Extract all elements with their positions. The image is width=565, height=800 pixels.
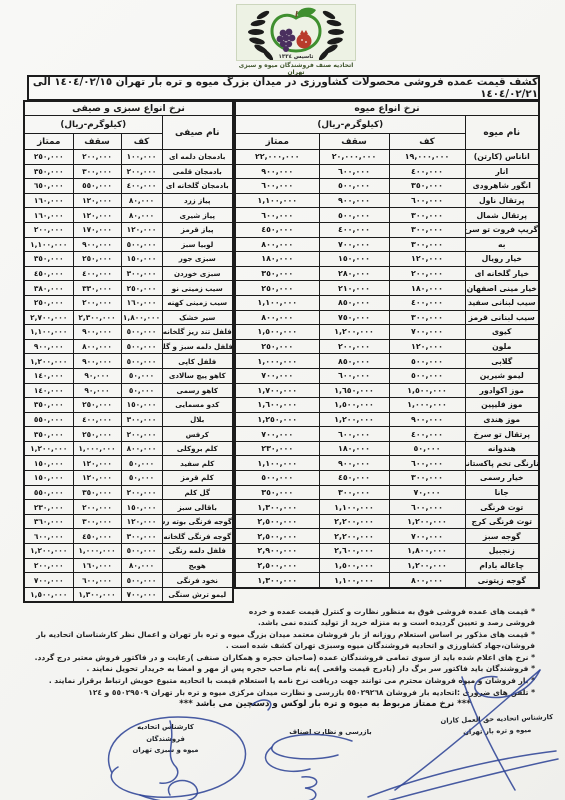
cell-item-name: پیاز شیری [162, 208, 233, 223]
table-row: پیاز شیری٨٠,٠٠٠١٢٠,٠٠٠١٦٠,٠٠٠ [24, 208, 233, 223]
cell-price-ceiling: ٦٠٠,٠٠٠ [319, 164, 389, 179]
cell-price-premium: ٣٥٠,٠٠٠ [24, 427, 73, 442]
cell-item-name: پیاز زرد [162, 193, 233, 208]
veg-unit-header: (کیلوگرم-ریال) [24, 116, 162, 134]
cell-price-ceiling: ١٧٠,٠٠٠ [73, 222, 121, 237]
cell-price-ceiling: ٤٥٠,٠٠٠ [319, 471, 389, 486]
table-row: کاهو پیچ سالادی٥٠,٠٠٠٩٠,٠٠٠١٤٠,٠٠٠ [24, 368, 233, 383]
table-row: هویج٨٠,٠٠٠١٦٠,٠٠٠٢٠٠,٠٠٠ [24, 558, 233, 573]
cell-price-floor: ١٦٠,٠٠٠ [121, 295, 162, 310]
table-row: فلفل دلمه رنگی٥٠٠,٠٠٠١,٠٠٠,٠٠٠١,٢٠٠,٠٠٠ [24, 544, 233, 559]
table-row: خیار گلخانه ای٢٠٠,٠٠٠٢٨٠,٠٠٠٣٥٠,٠٠٠ [235, 266, 539, 281]
cell-price-premium: ٣٥٠,٠٠٠ [24, 252, 73, 267]
cell-price-premium: ١,٢٠٠,٠٠٠ [24, 544, 73, 559]
cell-item-name: بادمجان دلمه ای [162, 150, 233, 165]
cell-price-floor: ١,٨٠٠,٠٠٠ [121, 310, 162, 325]
cell-price-floor: ١٢٠,٠٠٠ [389, 252, 465, 267]
cell-price-ceiling: ٣٠٠,٠٠٠ [319, 485, 389, 500]
cell-price-premium: ١,٧٠٠,٠٠٠ [235, 383, 319, 398]
footnote-line: * قیمت های مذکور بر اساس استعلام روزانه … [30, 630, 535, 652]
table-row: بلال٣٠٠,٠٠٠٤٠٠,٠٠٠٥٥٠,٠٠٠ [24, 412, 233, 427]
cell-item-name: گوجه فرنگی گلخانه [162, 529, 233, 544]
cell-price-floor: ٢٠٠,٠٠٠ [121, 485, 162, 500]
cell-item-name: بادمجان قلمی [162, 164, 233, 179]
cell-item-name: سیر خشک [162, 310, 233, 325]
cell-item-name: لیمو ترش سنگی [162, 587, 233, 602]
cell-price-premium: ١,٣٠٠,٠٠٠ [235, 573, 319, 588]
cell-price-floor: ٥٠٠,٠٠٠ [121, 339, 162, 354]
signature-label-center: بازرسی و نظارت اصناف [283, 727, 378, 739]
table-row: سیب لبنانی قرمز٣٠٠,٠٠٠٧٥٠,٠٠٠٨٠٠,٠٠٠ [235, 310, 539, 325]
cell-price-floor: ٧٠٠,٠٠٠ [389, 325, 465, 340]
veg-col-ceiling: سقف [73, 134, 121, 150]
cell-price-ceiling: ٣٥٠,٠٠٠ [73, 485, 121, 500]
cell-price-premium: ١,٥٠٠,٠٠٠ [24, 587, 73, 602]
table-row: فلفل کاپی٥٠٠,٠٠٠٩٠٠,٠٠٠١,٢٠٠,٠٠٠ [24, 354, 233, 369]
cell-price-floor: ١٥٠,٠٠٠ [121, 500, 162, 515]
union-logo-icon: تاسیس ١٣٣٤ [237, 5, 355, 60]
table-row: فلفل تند ریز گلخانه٥٠٠,٠٠٠٩٠٠,٠٠٠١,١٠٠,٠… [24, 325, 233, 340]
cell-item-name: گوجه زیتونی [465, 573, 539, 588]
cell-price-floor: ٤٠٠,٠٠٠ [389, 164, 465, 179]
cell-price-floor: ٥٠,٠٠٠ [121, 383, 162, 398]
cell-price-ceiling: ٩٠٠,٠٠٠ [73, 237, 121, 252]
cell-price-ceiling: ٢,٢٠٠,٠٠٠ [319, 529, 389, 544]
cell-price-ceiling: ٩٠,٠٠٠ [73, 368, 121, 383]
cell-item-name: سبزی جور [162, 252, 233, 267]
cell-price-floor: ١٨٠,٠٠٠ [389, 281, 465, 296]
cell-price-premium: ٦٠٠,٠٠٠ [235, 179, 319, 194]
cell-price-floor: ٤٠٠,٠٠٠ [121, 179, 162, 194]
cell-item-name: موز اکوادور [465, 383, 539, 398]
footnote-line: * فروشندگان باید فاکتور سر برگ دار (بادر… [30, 664, 535, 675]
cell-price-premium: ٨٠٠,٠٠٠ [235, 237, 319, 252]
cell-price-premium: ١,١٠٠,٠٠٠ [24, 237, 73, 252]
cell-price-ceiling: ١٢٠,٠٠٠ [73, 456, 121, 471]
cell-price-floor: ٥٠,٠٠٠ [121, 368, 162, 383]
table-row: زنجبیل١,٨٠٠,٠٠٠٢,٦٠٠,٠٠٠٢,٩٠٠,٠٠٠ [235, 544, 539, 559]
table-row: هندوانه٥٠,٠٠٠١٨٠,٠٠٠٢٣٠,٠٠٠ [235, 441, 539, 456]
cell-price-ceiling: ٦٠٠,٠٠٠ [73, 573, 121, 588]
signature-center-line1: بازرسی و نظارت اصناف [283, 727, 378, 739]
table-row: چاغاله بادام١,٢٠٠,٠٠٠١,٥٠٠,٠٠٠٢,٥٠٠,٠٠٠ [235, 558, 539, 573]
table-row: کلم بروکلی٨٠٠,٠٠٠١,٠٠٠,٠٠٠١,٢٠٠,٠٠٠ [24, 441, 233, 456]
cell-item-name: کلم سفید [162, 456, 233, 471]
veg-col-premium: ممتاز [24, 134, 73, 150]
cell-price-floor: ١٢٠,٠٠٠ [389, 339, 465, 354]
cell-price-floor: ١,٢٠٠,٠٠٠ [389, 514, 465, 529]
cell-item-name: خیار رسمی [465, 471, 539, 486]
cell-price-premium: ٢,٩٠٠,٠٠٠ [235, 544, 319, 559]
cell-price-premium: ١,٢٠٠,٠٠٠ [24, 354, 73, 369]
cell-price-premium: ٥٥٠,٠٠٠ [24, 485, 73, 500]
cell-item-name: کلم قرمز [162, 471, 233, 486]
cell-price-ceiling: ١,٢٠٠,٠٠٠ [319, 412, 389, 427]
cell-price-premium: ١٤٠,٠٠٠ [24, 383, 73, 398]
cell-price-ceiling: ٢١٠,٠٠٠ [319, 281, 389, 296]
table-row: به٣٠٠,٠٠٠٧٠٠,٠٠٠٨٠٠,٠٠٠ [235, 237, 539, 252]
cell-item-name: باقالی سبز [162, 500, 233, 515]
cell-price-premium: ١٤٠,٠٠٠ [24, 368, 73, 383]
fruit-unit-header: (کیلوگرم-ریال) [235, 116, 465, 134]
cell-price-premium: ٩٠٠,٠٠٠ [235, 164, 319, 179]
cell-item-name: انار [465, 164, 539, 179]
cell-item-name: توت فرنگی کرج [465, 514, 539, 529]
cell-item-name: نارنگی تخم پاکستانی [465, 456, 539, 471]
table-row: بادمجان دلمه ای١٠٠,٠٠٠٢٠٠,٠٠٠٢٥٠,٠٠٠ [24, 150, 233, 165]
vegetable-price-table: نرخ انواع سبزی و صیفی نام صیفی (کیلوگرم-… [23, 100, 234, 603]
cell-price-ceiling: ١٦٠,٠٠٠ [73, 558, 121, 573]
footnote-line: * قیمت های عمده فروشی فوق به منظور نظارت… [30, 607, 535, 629]
table-row: کیوی٧٠٠,٠٠٠١,٢٠٠,٠٠٠١,٥٠٠,٠٠٠ [235, 325, 539, 340]
cell-price-floor: ١,٢٠٠,٠٠٠ [389, 558, 465, 573]
cell-price-premium: ٣٥٠,٠٠٠ [235, 266, 319, 281]
fruit-col-floor: کف [389, 134, 465, 150]
cell-price-premium: ٢٠٠,٠٠٠ [24, 222, 73, 237]
cell-price-floor: ٥٠,٠٠٠ [121, 471, 162, 486]
cell-price-ceiling: ٢,٦٠٠,٠٠٠ [319, 544, 389, 559]
table-row: پرتقال تو سرخ٤٠٠,٠٠٠٦٠٠,٠٠٠٧٠٠,٠٠٠ [235, 427, 539, 442]
cell-price-floor: ٥٠٠,٠٠٠ [121, 573, 162, 588]
table-row: انگور شاهرودی٣٥٠,٠٠٠٥٠٠,٠٠٠٦٠٠,٠٠٠ [235, 179, 539, 194]
cell-price-ceiling: ٩٠٠,٠٠٠ [73, 325, 121, 340]
cell-price-premium: ٥٠٠,٠٠٠ [235, 471, 319, 486]
cell-price-ceiling: ٥٥٠,٠٠٠ [73, 179, 121, 194]
table-row: خیار رسمی٣٠٠,٠٠٠٤٥٠,٠٠٠٥٠٠,٠٠٠ [235, 471, 539, 486]
table-row: سبزی خوردن٣٠٠,٠٠٠٤٠٠,٠٠٠٤٥٠,٠٠٠ [24, 266, 233, 281]
cell-price-floor: ٢٠٠,٠٠٠ [121, 164, 162, 179]
table-row: فلفل دلمه سبز و گلخانه٥٠٠,٠٠٠٨٠٠,٠٠٠٩٠٠,… [24, 339, 233, 354]
cell-price-premium: ١,١٠٠,٠٠٠ [235, 456, 319, 471]
cell-price-ceiling: ١٥٠,٠٠٠ [319, 252, 389, 267]
cell-price-premium: ٦٠٠,٠٠٠ [24, 529, 73, 544]
cell-price-ceiling: ٦٠٠,٠٠٠ [319, 368, 389, 383]
cell-price-ceiling: ٣٠٠,٠٠٠ [73, 164, 121, 179]
table-row: لیمو شیرین٥٠٠,٠٠٠٦٠٠,٠٠٠٧٠٠,٠٠٠ [235, 368, 539, 383]
cell-price-ceiling: ٩٠٠,٠٠٠ [319, 193, 389, 208]
cell-price-floor: ١٩,٠٠٠,٠٠٠ [389, 150, 465, 165]
cell-price-ceiling: ٥٠٠,٠٠٠ [319, 208, 389, 223]
table-row: اناناس (کارتن)١٩,٠٠٠,٠٠٠٢٠,٠٠٠,٠٠٠٢٢,٠٠٠… [235, 150, 539, 165]
cell-price-premium: ٤٥٠,٠٠٠ [24, 266, 73, 281]
cell-item-name: سیب لبنانی قرمز [465, 310, 539, 325]
cell-price-floor: ٥٠٠,٠٠٠ [389, 354, 465, 369]
cell-price-ceiling: ١,٠٠٠,٠٠٠ [73, 441, 121, 456]
cell-price-ceiling: ٨٠٠,٠٠٠ [73, 339, 121, 354]
cell-price-premium: ٢٢,٠٠٠,٠٠٠ [235, 150, 319, 165]
cell-price-premium: ٧٠٠,٠٠٠ [235, 427, 319, 442]
footnote-line: * نرخ های اعلام شده باید از سوی تمامی فر… [30, 653, 535, 664]
cell-item-name: سیب زمینی نو [162, 281, 233, 296]
cell-price-ceiling: ٢,٣٠٠,٠٠٠ [73, 310, 121, 325]
cell-item-name: پرتقال ناول [465, 193, 539, 208]
cell-price-ceiling: ١٢٠,٠٠٠ [73, 193, 121, 208]
cell-item-name: سیب زمینی کهنه [162, 295, 233, 310]
cell-item-name: به [465, 237, 539, 252]
cell-price-premium: ١,١٠٠,٠٠٠ [235, 295, 319, 310]
table-row: نارنگی تخم پاکستانی٦٠٠,٠٠٠٩٠٠,٠٠٠١,١٠٠,٠… [235, 456, 539, 471]
cell-price-premium: ١,٠٠٠,٠٠٠ [235, 354, 319, 369]
cell-price-premium: ٣٥٠,٠٠٠ [24, 164, 73, 179]
cell-price-ceiling: ٢٨٠,٠٠٠ [319, 266, 389, 281]
cell-price-ceiling: ١,٦٥٠,٠٠٠ [319, 383, 389, 398]
cell-price-floor: ٣٠٠,٠٠٠ [389, 208, 465, 223]
cell-item-name: فلفل دلمه سبز و گلخانه [162, 339, 233, 354]
cell-price-premium: ٨٠٠,٠٠٠ [235, 310, 319, 325]
cell-item-name: توت فرنگی [465, 500, 539, 515]
cell-item-name: گریپ فروت تو سرخ [465, 222, 539, 237]
cell-price-premium: ١٥٠,٠٠٠ [24, 471, 73, 486]
cell-price-floor: ٥٠,٠٠٠ [389, 441, 465, 456]
cell-item-name: ملون [465, 339, 539, 354]
cell-price-ceiling: ٤٠٠,٠٠٠ [73, 412, 121, 427]
cell-price-floor: ٥٠٠,٠٠٠ [121, 237, 162, 252]
union-logo-emblem: تاسیس ١٣٣٤ [236, 4, 356, 61]
table-row: کلم سفید٥٠,٠٠٠١٢٠,٠٠٠١٥٠,٠٠٠ [24, 456, 233, 471]
table-row: پیاز زرد٨٠,٠٠٠١٢٠,٠٠٠١٦٠,٠٠٠ [24, 193, 233, 208]
cell-price-floor: ١,٥٠٠,٠٠٠ [389, 383, 465, 398]
signature-label-right: کارشناس اتحادیه حق العمل کاران میوه و تر… [438, 712, 557, 739]
document-title: کشف قیمت عمده فروشی محصولات کشاورزی در م… [27, 75, 540, 101]
cell-price-floor: ١,٠٠٠,٠٠٠ [389, 398, 465, 413]
cell-price-ceiling: ١,٠٠٠,٠٠٠ [73, 544, 121, 559]
cell-price-premium: ١٥٠,٠٠٠ [24, 456, 73, 471]
cell-price-ceiling: ٢٥٠,٠٠٠ [73, 252, 121, 267]
table-row: نخود فرنگی٥٠٠,٠٠٠٦٠٠,٠٠٠٧٠٠,٠٠٠ [24, 573, 233, 588]
cell-price-ceiling: ١,٣٠٠,٠٠٠ [73, 587, 121, 602]
cell-price-premium: ١٦٠,٠٠٠ [24, 193, 73, 208]
cell-item-name: موز هندی [465, 412, 539, 427]
cell-price-premium: ٢,٧٠٠,٠٠٠ [24, 310, 73, 325]
cell-price-floor: ١٠٠,٠٠٠ [121, 150, 162, 165]
cell-item-name: سبزی خوردن [162, 266, 233, 281]
cell-price-ceiling: ٢٠٠,٠٠٠ [73, 150, 121, 165]
cell-price-premium: ٥٥٠,٠٠٠ [24, 412, 73, 427]
cell-price-ceiling: ٢٠,٠٠٠,٠٠٠ [319, 150, 389, 165]
cell-price-floor: ١,٨٠٠,٠٠٠ [389, 544, 465, 559]
table-row: گریپ فروت تو سرخ٣٠٠,٠٠٠٤٠٠,٠٠٠٤٥٠,٠٠٠ [235, 222, 539, 237]
table-row: باقالی سبز١٥٠,٠٠٠٢٠٠,٠٠٠٢٣٠,٠٠٠ [24, 500, 233, 515]
cell-price-premium: ٣٥٠,٠٠٠ [235, 485, 319, 500]
cell-price-floor: ٥٠٠,٠٠٠ [121, 544, 162, 559]
cell-price-ceiling: ٢٥٠,٠٠٠ [73, 398, 121, 413]
fruit-price-table: نرخ انواع میوه نام میوه (کیلوگرم-ریال) ک… [234, 100, 540, 589]
cell-price-ceiling: ١,١٠٠,٠٠٠ [319, 500, 389, 515]
cell-price-ceiling: ٩٠,٠٠٠ [73, 383, 121, 398]
cell-price-premium: ١,٢٠٠,٠٠٠ [24, 441, 73, 456]
cell-price-ceiling: ٢٠٠,٠٠٠ [319, 339, 389, 354]
cell-price-floor: ٤٠٠,٠٠٠ [389, 427, 465, 442]
grapes-icon [277, 29, 296, 52]
cell-item-name: گلابی [465, 354, 539, 369]
cell-price-premium: ٦٠٠,٠٠٠ [235, 208, 319, 223]
cell-price-floor: ٨٠,٠٠٠ [121, 193, 162, 208]
cell-item-name: کرفس [162, 427, 233, 442]
cell-price-ceiling: ٦٠٠,٠٠٠ [319, 427, 389, 442]
cell-price-floor: ٤٠٠,٠٠٠ [389, 295, 465, 310]
price-tables: نرخ انواع میوه نام میوه (کیلوگرم-ریال) ک… [27, 100, 540, 603]
table-row: گوجه فرنگی بوته رس١٢٠,٠٠٠٣٠٠,٠٠٠٣٦٠,٠٠٠ [24, 514, 233, 529]
cell-price-floor: ٨٠٠,٠٠٠ [121, 441, 162, 456]
table-row: بادمجان قلمی٢٠٠,٠٠٠٣٠٠,٠٠٠٣٥٠,٠٠٠ [24, 164, 233, 179]
cell-item-name: خیار مینی اصفهان [465, 281, 539, 296]
cell-item-name: پیاز قرمز [162, 222, 233, 237]
cell-price-floor: ٦٠٠,٠٠٠ [389, 500, 465, 515]
cell-price-floor: ٣٠٠,٠٠٠ [121, 529, 162, 544]
table-row: لیمو ترش سنگی٧٠٠,٠٠٠١,٣٠٠,٠٠٠١,٥٠٠,٠٠٠ [24, 587, 233, 602]
cell-price-floor: ٦٠٠,٠٠٠ [389, 456, 465, 471]
cell-price-premium: ١,١٠٠,٠٠٠ [24, 325, 73, 340]
cell-price-floor: ٣٠٠,٠٠٠ [389, 310, 465, 325]
cell-price-ceiling: ٢٠٠,٠٠٠ [73, 500, 121, 515]
cell-item-name: گوجه سبز [465, 529, 539, 544]
cell-price-floor: ٦٠٠,٠٠٠ [389, 193, 465, 208]
cell-price-premium: ٢٥٠,٠٠٠ [235, 281, 319, 296]
cell-price-ceiling: ٩٠٠,٠٠٠ [319, 456, 389, 471]
cell-price-floor: ١٢٠,٠٠٠ [121, 222, 162, 237]
table-row: سیر خشک١,٨٠٠,٠٠٠٢,٣٠٠,٠٠٠٢,٧٠٠,٠٠٠ [24, 310, 233, 325]
cell-price-premium: ٩٠٠,٠٠٠ [24, 339, 73, 354]
table-row: گل کلم٢٠٠,٠٠٠٣٥٠,٠٠٠٥٥٠,٠٠٠ [24, 485, 233, 500]
table-row: گوجه زیتونی٨٠٠,٠٠٠١,١٠٠,٠٠٠١,٣٠٠,٠٠٠ [235, 573, 539, 588]
cell-item-name: اناناس (کارتن) [465, 150, 539, 165]
cell-price-premium: ٢,٥٠٠,٠٠٠ [235, 529, 319, 544]
cell-price-ceiling: ٣٠٠,٠٠٠ [73, 514, 121, 529]
cell-price-floor: ٣٠٠,٠٠٠ [389, 222, 465, 237]
table-row: پیاز قرمز١٢٠,٠٠٠١٧٠,٠٠٠٢٠٠,٠٠٠ [24, 222, 233, 237]
table-row: پرتقال شمال٣٠٠,٠٠٠٥٠٠,٠٠٠٦٠٠,٠٠٠ [235, 208, 539, 223]
cell-price-floor: ٢٠٠,٠٠٠ [121, 427, 162, 442]
cell-price-premium: ١,٢٥٠,٠٠٠ [235, 412, 319, 427]
cell-item-name: لوبیا سبز [162, 237, 233, 252]
logo-established-text: تاسیس ١٣٣٤ [279, 54, 314, 60]
cell-item-name: هندوانه [465, 441, 539, 456]
table-row: سبزی جور١٥٠,٠٠٠٢٥٠,٠٠٠٣٥٠,٠٠٠ [24, 252, 233, 267]
table-row: کلم قرمز٥٠,٠٠٠١٢٠,٠٠٠١٥٠,٠٠٠ [24, 471, 233, 486]
cell-price-premium: ١٦٠,٠٠٠ [24, 208, 73, 223]
table-row: کاهو رسمی٥٠,٠٠٠٩٠,٠٠٠١٤٠,٠٠٠ [24, 383, 233, 398]
cell-price-ceiling: ٢٥٠,٠٠٠ [73, 427, 121, 442]
cell-price-floor: ٩٠٠,٠٠٠ [389, 412, 465, 427]
cell-price-ceiling: ٢٠٠,٠٠٠ [73, 295, 121, 310]
cell-item-name: بلال [162, 412, 233, 427]
veg-section-title: نرخ انواع سبزی و صیفی [24, 101, 233, 116]
table-row: توت فرنگی٦٠٠,٠٠٠١,١٠٠,٠٠٠١,٣٠٠,٠٠٠ [235, 500, 539, 515]
cell-item-name: پرتقال تو سرخ [465, 427, 539, 442]
cell-item-name: کدو مسمایی [162, 398, 233, 413]
table-row: بادمجان گلخانه ای٤٠٠,٠٠٠٥٥٠,٠٠٠٦٥٠,٠٠٠ [24, 179, 233, 194]
footnote-line: * تلفن های ضروری :اتحادیه بار فروشان ٥٥٠… [30, 688, 535, 699]
cell-price-premium: ٤٥٠,٠٠٠ [235, 222, 319, 237]
cell-price-floor: ٨٠,٠٠٠ [121, 208, 162, 223]
veg-name-header: نام صیفی [162, 116, 233, 150]
table-row: گلابی٥٠٠,٠٠٠٨٥٠,٠٠٠١,٠٠٠,٠٠٠ [235, 354, 539, 369]
cell-price-premium: ٢٠٠,٠٠٠ [24, 558, 73, 573]
cell-item-name: هویج [162, 558, 233, 573]
cell-price-ceiling: ٨٥٠,٠٠٠ [319, 354, 389, 369]
cell-price-floor: ١٢٠,٠٠٠ [121, 514, 162, 529]
cell-price-floor: ٨٠٠,٠٠٠ [389, 573, 465, 588]
table-row: سیب زمینی کهنه١٦٠,٠٠٠٢٠٠,٠٠٠٢٥٠,٠٠٠ [24, 295, 233, 310]
cell-item-name: گوجه فرنگی بوته رس [162, 514, 233, 529]
signature-left-line2: میوه و سبزی تهران [118, 745, 213, 757]
fruit-section-title: نرخ انواع میوه [235, 101, 539, 116]
cell-price-premium: ٣٥٠,٠٠٠ [24, 398, 73, 413]
union-logo: تاسیس ١٣٣٤ اتحادیه صنف فروشندگان میوه و … [235, 4, 357, 76]
cell-price-floor: ٣٥٠,٠٠٠ [389, 179, 465, 194]
table-row: پرتقال ناول٦٠٠,٠٠٠٩٠٠,٠٠٠١,١٠٠,٠٠٠ [235, 193, 539, 208]
cell-price-premium: ٢٥٠,٠٠٠ [235, 339, 319, 354]
cell-item-name: لیمو شیرین [465, 368, 539, 383]
cell-item-name: خیار گلخانه ای [465, 266, 539, 281]
cell-price-floor: ٢٥٠,٠٠٠ [121, 281, 162, 296]
cell-price-premium: ٢٥٠,٠٠٠ [24, 295, 73, 310]
cell-price-premium: ٢٣٠,٠٠٠ [24, 500, 73, 515]
fruit-name-header: نام میوه [465, 116, 539, 150]
table-row: موز اکوادور١,٥٠٠,٠٠٠١,٦٥٠,٠٠٠١,٧٠٠,٠٠٠ [235, 383, 539, 398]
cell-price-floor: ٣٠٠,٠٠٠ [121, 412, 162, 427]
table-row: لوبیا سبز٥٠٠,٠٠٠٩٠٠,٠٠٠١,١٠٠,٠٠٠ [24, 237, 233, 252]
cell-item-name: چاغاله بادام [465, 558, 539, 573]
table-row: خیار مینی اصفهان١٨٠,٠٠٠٢١٠,٠٠٠٢٥٠,٠٠٠ [235, 281, 539, 296]
cell-item-name: نخود فرنگی [162, 573, 233, 588]
pomegranate-icon [297, 30, 312, 49]
cell-price-premium: ٦٥٠,٠٠٠ [24, 179, 73, 194]
cell-item-name: سیب لبنانی سفید [465, 295, 539, 310]
fruit-col-premium: ممتاز [235, 134, 319, 150]
cell-price-ceiling: ٤٥٠,٠٠٠ [73, 529, 121, 544]
cell-item-name: کاهو رسمی [162, 383, 233, 398]
signature-label-left: کارشناس اتحادیه فروشندگان میوه و سبزی ته… [118, 722, 213, 757]
cell-item-name: فلفل تند ریز گلخانه [162, 325, 233, 340]
cell-price-ceiling: ٤٠٠,٠٠٠ [319, 222, 389, 237]
scanned-price-list-document: تاسیس ١٣٣٤ اتحادیه صنف فروشندگان میوه و … [0, 0, 565, 800]
cell-price-premium: ٣٦٠,٠٠٠ [24, 514, 73, 529]
cell-item-name: گل کلم [162, 485, 233, 500]
signature-left-line1: کارشناس اتحادیه فروشندگان [118, 722, 213, 745]
cell-price-floor: ٢٠٠,٠٠٠ [389, 266, 465, 281]
cell-price-premium: ١,١٠٠,٠٠٠ [235, 193, 319, 208]
cell-item-name: بادمجان گلخانه ای [162, 179, 233, 194]
table-row: گوجه سبز٧٠٠,٠٠٠٢,٢٠٠,٠٠٠٢,٥٠٠,٠٠٠ [235, 529, 539, 544]
apple-icon [272, 8, 320, 51]
footnote-line: * بار فروشان و میوه فروشان محترم می توان… [30, 676, 535, 687]
cell-price-premium: ٢,٥٠٠,٠٠٠ [235, 514, 319, 529]
premium-grade-note: *** نرخ ممتاز مربوط به میوه و تره بار لو… [165, 699, 485, 709]
cell-price-ceiling: ١٢٠,٠٠٠ [73, 208, 121, 223]
cell-item-name: کیوی [465, 325, 539, 340]
table-row: جانا٧٠,٠٠٠٣٠٠,٠٠٠٣٥٠,٠٠٠ [235, 485, 539, 500]
table-row: گوجه فرنگی گلخانه٣٠٠,٠٠٠٤٥٠,٠٠٠٦٠٠,٠٠٠ [24, 529, 233, 544]
table-row: سیب لبنانی سفید٤٠٠,٠٠٠٨٥٠,٠٠٠١,١٠٠,٠٠٠ [235, 295, 539, 310]
table-row: موز هندی٩٠٠,٠٠٠١,٢٠٠,٠٠٠١,٢٥٠,٠٠٠ [235, 412, 539, 427]
table-row: خیار رویال١٢٠,٠٠٠١٥٠,٠٠٠١٨٠,٠٠٠ [235, 252, 539, 267]
cell-price-floor: ٧٠٠,٠٠٠ [389, 529, 465, 544]
cell-price-premium: ٢,٥٠٠,٠٠٠ [235, 558, 319, 573]
cell-price-floor: ٣٠٠,٠٠٠ [389, 471, 465, 486]
cell-item-name: پرتقال شمال [465, 208, 539, 223]
cell-price-ceiling: ١,٥٠٠,٠٠٠ [319, 398, 389, 413]
cell-price-ceiling: ٣٣٠,٠٠٠ [73, 281, 121, 296]
cell-price-ceiling: ٨٥٠,٠٠٠ [319, 295, 389, 310]
cell-price-ceiling: ١,١٠٠,٠٠٠ [319, 573, 389, 588]
cell-item-name: فلفل دلمه رنگی [162, 544, 233, 559]
fruit-col-ceiling: سقف [319, 134, 389, 150]
cell-price-ceiling: ٩٠٠,٠٠٠ [73, 354, 121, 369]
cell-item-name: زنجبیل [465, 544, 539, 559]
table-row: سیب زمینی نو٢٥٠,٠٠٠٣٣٠,٠٠٠٣٨٠,٠٠٠ [24, 281, 233, 296]
table-row: موز فلیپین١,٠٠٠,٠٠٠١,٥٠٠,٠٠٠١,٦٠٠,٠٠٠ [235, 398, 539, 413]
